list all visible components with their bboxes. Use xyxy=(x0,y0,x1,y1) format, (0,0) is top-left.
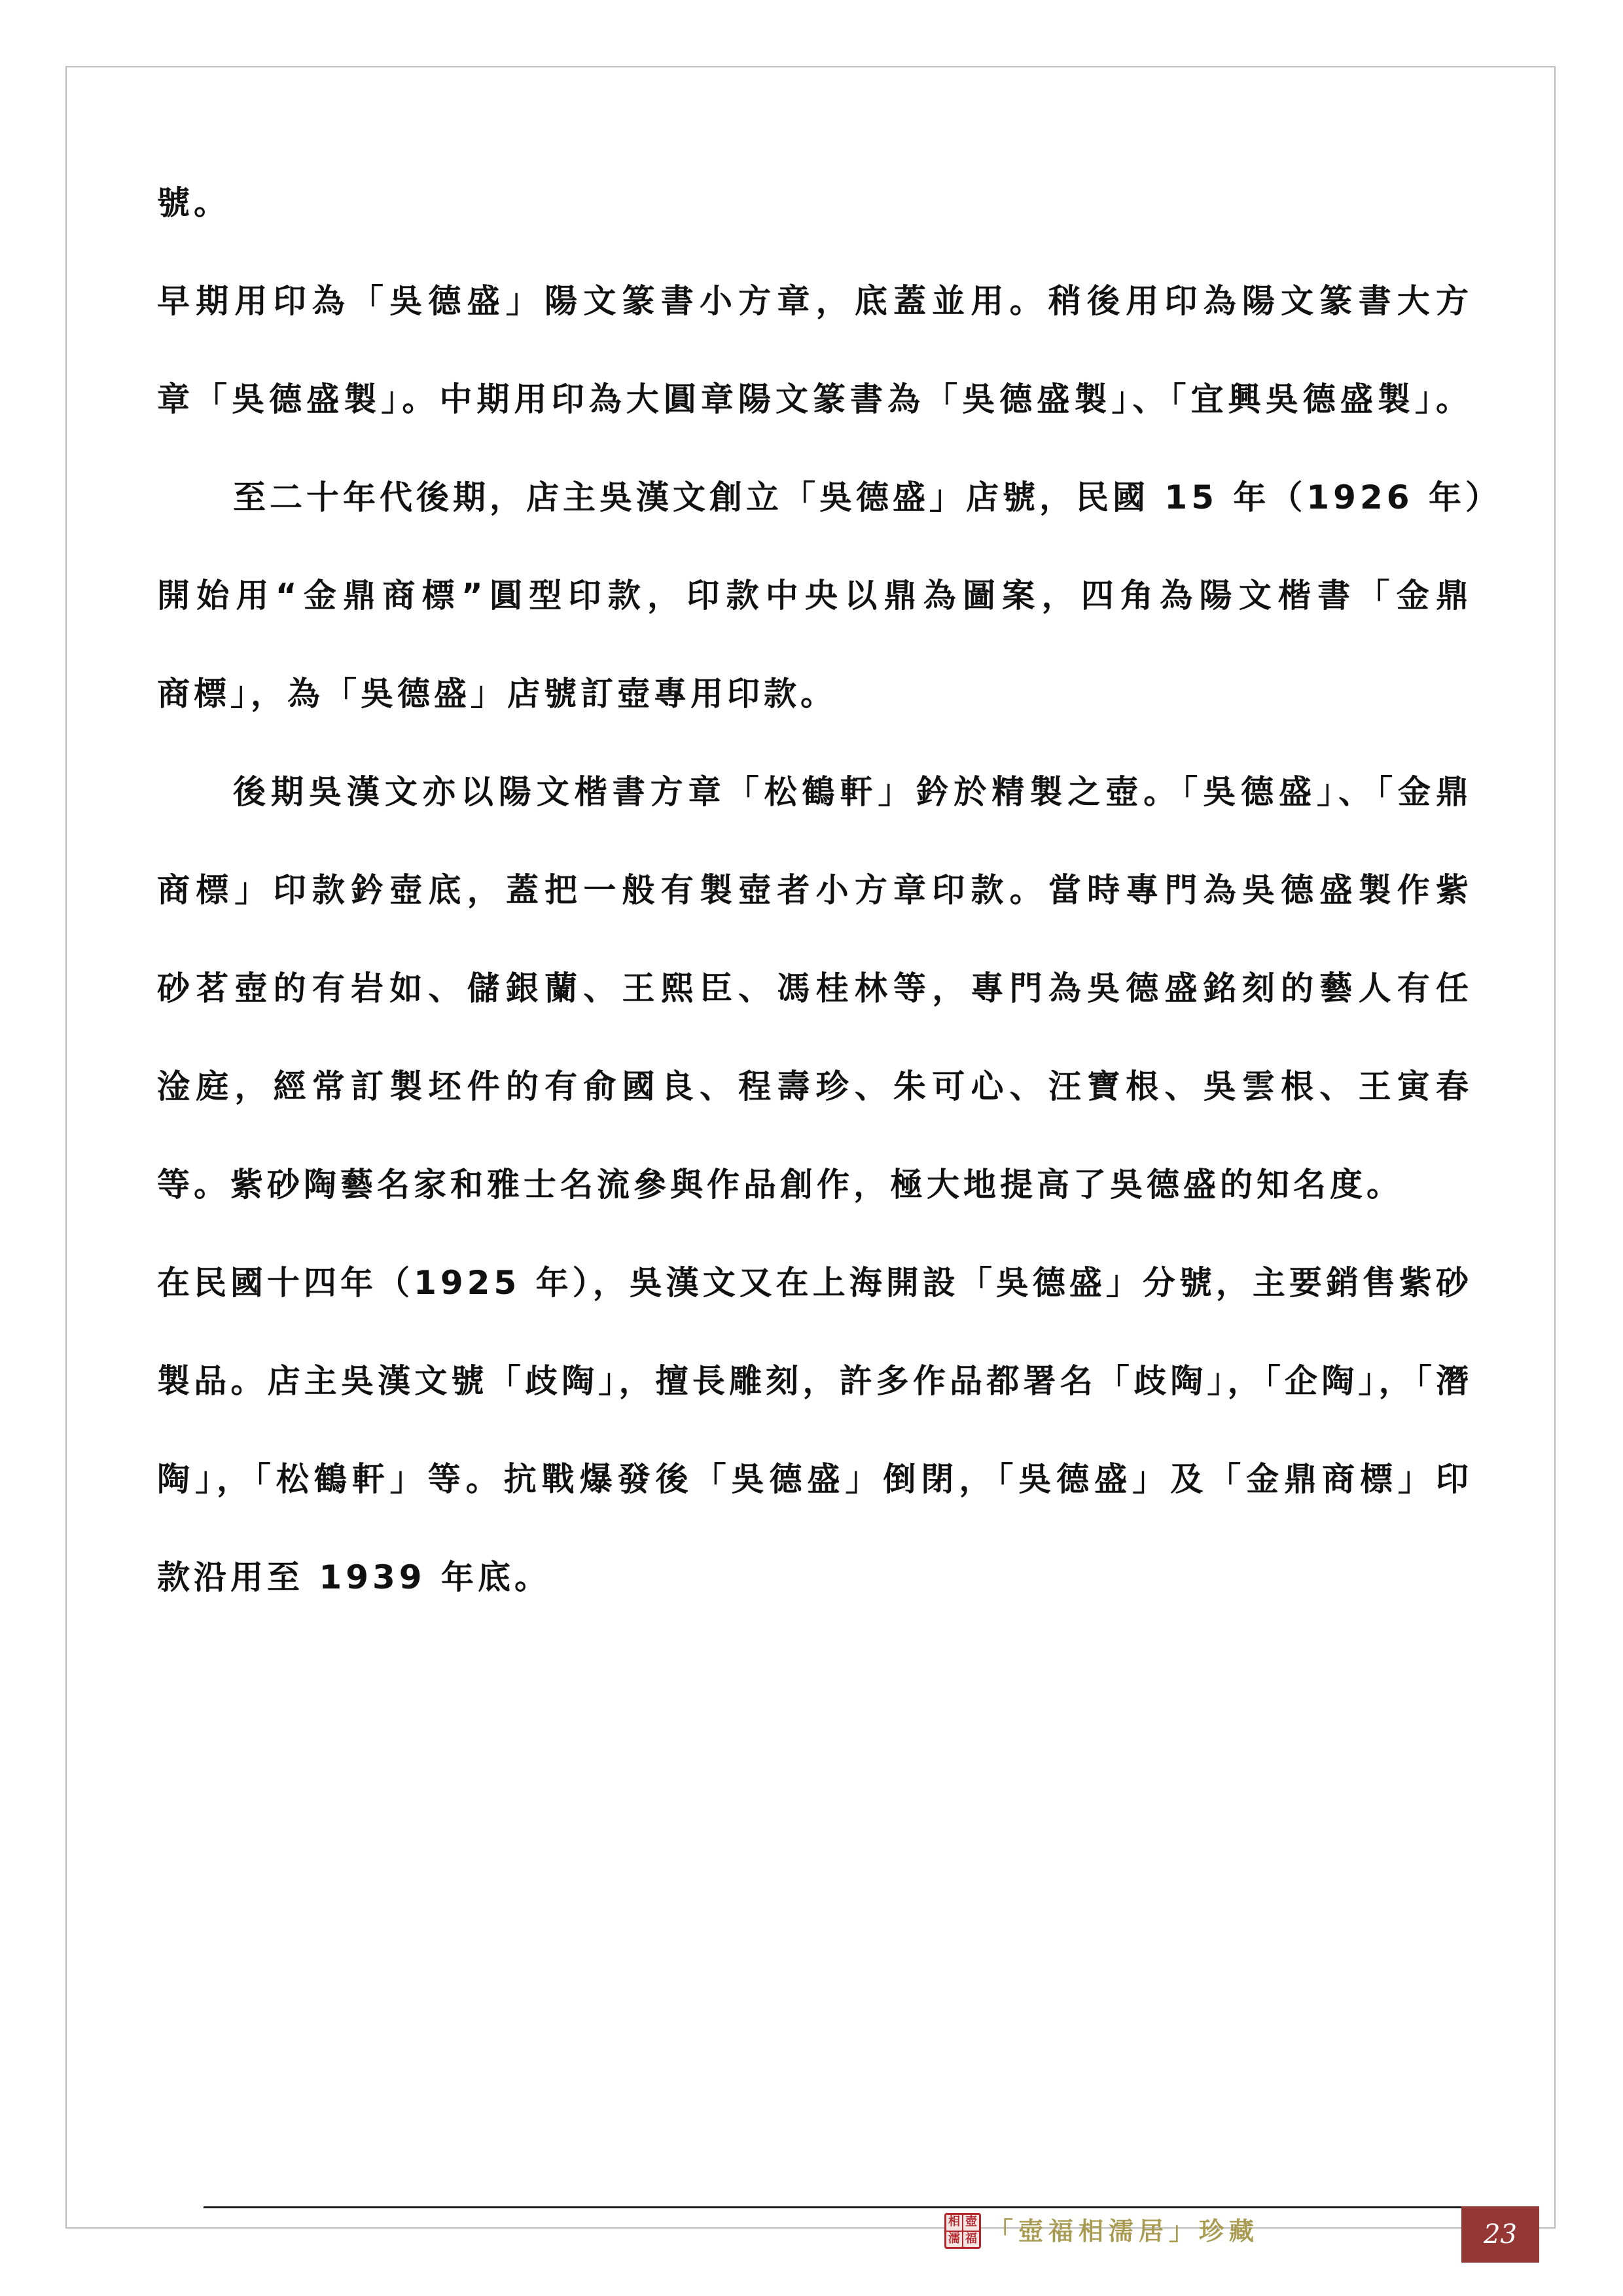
seal-char: 壺 xyxy=(963,2215,979,2231)
text-line: 製品。店主吳漢文號「歧陶」，擅長雕刻，許多作品都署名「歧陶」，「企陶」，「潛 xyxy=(157,1355,1472,1453)
paragraph-start-line: 至二十年代後期，店主吳漢文創立「吳德盛」店號，民國 15 年（1926 年） xyxy=(157,471,1472,569)
footer-rule xyxy=(204,2206,1463,2208)
seal-char: 福 xyxy=(963,2232,979,2248)
text-line: 章「吳德盛製」。中期用印為大圓章陽文篆書為「吳德盛製」、「宜興吳德盛製」。 xyxy=(157,373,1472,471)
text-line: 號。 xyxy=(157,177,1472,275)
text-line: 商標」，為「吳德盛」店號訂壺專用印款。 xyxy=(157,668,1472,766)
seal-char: 濡 xyxy=(946,2232,962,2248)
seal-stamp-icon: 相 壺 濡 福 xyxy=(944,2213,981,2249)
text-line: 在民國十四年（1925 年），吳漢文又在上海開設「吳德盛」分號，主要銷售紫砂 xyxy=(157,1257,1472,1355)
text-line: 開始用“金鼎商標”圓型印款，印款中央以鼎為圖案，四角為陽文楷書「金鼎 xyxy=(157,569,1472,668)
text-line: 陶」，「松鶴軒」等。抗戰爆發後「吳德盛」倒閉，「吳德盛」及「金鼎商標」印 xyxy=(157,1453,1472,1551)
text-line: 等。紫砂陶藝名家和雅士名流參與作品創作，極大地提高了吳德盛的知名度。 xyxy=(157,1158,1472,1257)
seal-char: 相 xyxy=(946,2215,962,2231)
text-line: 款沿用至 1939 年底。 xyxy=(157,1551,1472,1649)
text-line: 砂茗壺的有岩如、儲銀蘭、王熙臣、馮桂林等，專門為吳德盛銘刻的藝人有任 xyxy=(157,962,1472,1060)
text-line: 商標」印款鈐壺底，蓋把一般有製壺者小方章印款。當時專門為吳德盛製作紫 xyxy=(157,864,1472,962)
text-line: 早期用印為「吳德盛」陽文篆書小方章，底蓋並用。稍後用印為陽文篆書大方 xyxy=(157,275,1472,373)
paragraph-start-line: 後期吳漢文亦以陽文楷書方章「松鶴軒」鈐於精製之壺。「吳德盛」、「金鼎 xyxy=(157,766,1472,864)
collection-label: 「壺福相濡居」珍藏 xyxy=(988,2211,1259,2247)
body-text: 號。 早期用印為「吳德盛」陽文篆書小方章，底蓋並用。稍後用印為陽文篆書大方 章「… xyxy=(157,177,1472,1649)
text-line: 淦庭，經常訂製坯件的有俞國良、程壽珍、朱可心、汪寶根、吳雲根、王寅春 xyxy=(157,1060,1472,1158)
page-number: 23 xyxy=(1461,2206,1539,2263)
